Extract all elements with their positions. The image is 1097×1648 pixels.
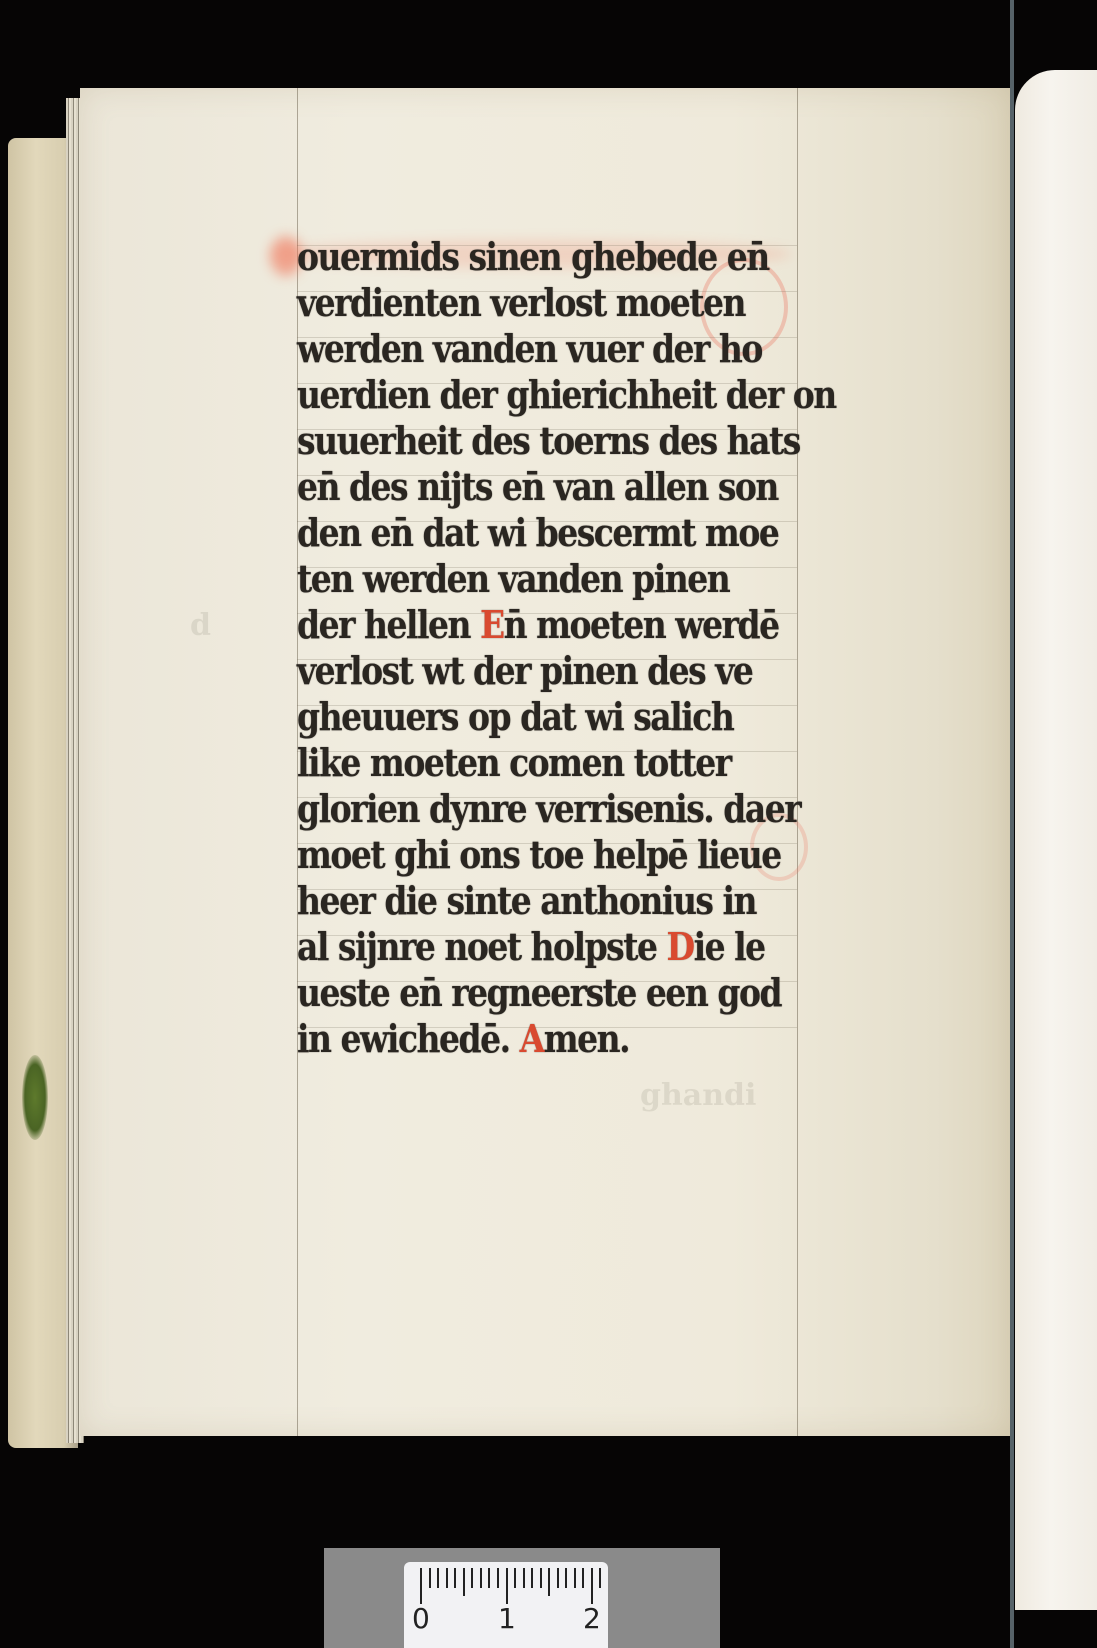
tick [454,1568,456,1588]
tick-half [463,1568,465,1596]
line-16-pre: al sijnre noet holpste [297,924,666,969]
text-line-14: moet ghi ons toe helpē lieue [297,832,781,877]
tick-half [548,1568,550,1596]
text-line-4: uerdien der ghierichheit der on [297,372,836,417]
text-line-7: den en̄ dat wi bescermt moe [297,510,778,555]
scale-label-0: 0 [412,1602,430,1635]
line-18-post: men. [544,1016,629,1061]
scale-label-2: 2 [583,1602,601,1635]
tick [471,1568,473,1588]
line-18-pre: in ewichedē. [297,1016,520,1061]
ghost-text-bleed-2: d [190,608,211,643]
tick [574,1568,576,1588]
tick [437,1568,439,1588]
tick [582,1568,584,1588]
text-line-3: werden vanden vuer der ho [297,326,762,371]
line-9-pre: der hellen [297,602,480,647]
tick-0 [420,1568,422,1604]
text-line-13: glorien dynre verrisenis. daer [297,786,800,831]
tick [429,1568,431,1588]
rubric-initial-e: E [480,602,504,647]
text-line-8: ten werden vanden pinen [297,556,729,601]
tick-2 [591,1568,593,1604]
facing-page [1015,70,1097,1610]
tick [540,1568,542,1588]
text-line-12: like moeten comen totter [297,740,731,785]
text-line-10: verlost wt der pinen des ve [297,648,752,693]
scale-ruler: 0 1 2 [404,1562,608,1648]
scale-label-1: 1 [498,1602,516,1635]
ghost-text-bleed: ghandi [640,1078,756,1113]
tick [488,1568,490,1588]
line-9-post: n̄ moeten werdē [504,602,779,647]
text-line-11: gheuuers op dat wi salich [297,694,733,739]
text-line-15: heer die sinte anthonius in [297,878,756,923]
tick [497,1568,499,1588]
tick [523,1568,525,1588]
text-line-1: ouermids sinen ghebede en̄ [297,234,769,279]
tick [599,1568,601,1588]
text-line-18: in ewichedē. Amen. [297,1016,629,1061]
rubric-initial-d: D [666,924,693,969]
tick [514,1568,516,1588]
tick [480,1568,482,1588]
tick [565,1568,567,1588]
glass-plate-edge [1010,0,1014,1648]
ruling-right [797,88,798,1436]
tick [557,1568,559,1588]
text-line-17: ueste en̄ regneerste een god [297,970,781,1015]
text-line-5: suuerheit des toerns des hats [297,418,800,463]
tick-1 [506,1568,508,1604]
line-16-post: ie le [694,924,765,969]
text-line-2: verdienten verlost moeten [297,280,745,325]
moss-stain [22,1055,48,1140]
rubric-initial-a: A [520,1016,544,1061]
text-line-6: en̄ des nijts en̄ van allen son [297,464,778,509]
tick [531,1568,533,1588]
text-line-16: al sijnre noet holpste Die le [297,924,765,969]
text-line-9: der hellen En̄ moeten werdē [297,602,779,647]
tick [446,1568,448,1588]
